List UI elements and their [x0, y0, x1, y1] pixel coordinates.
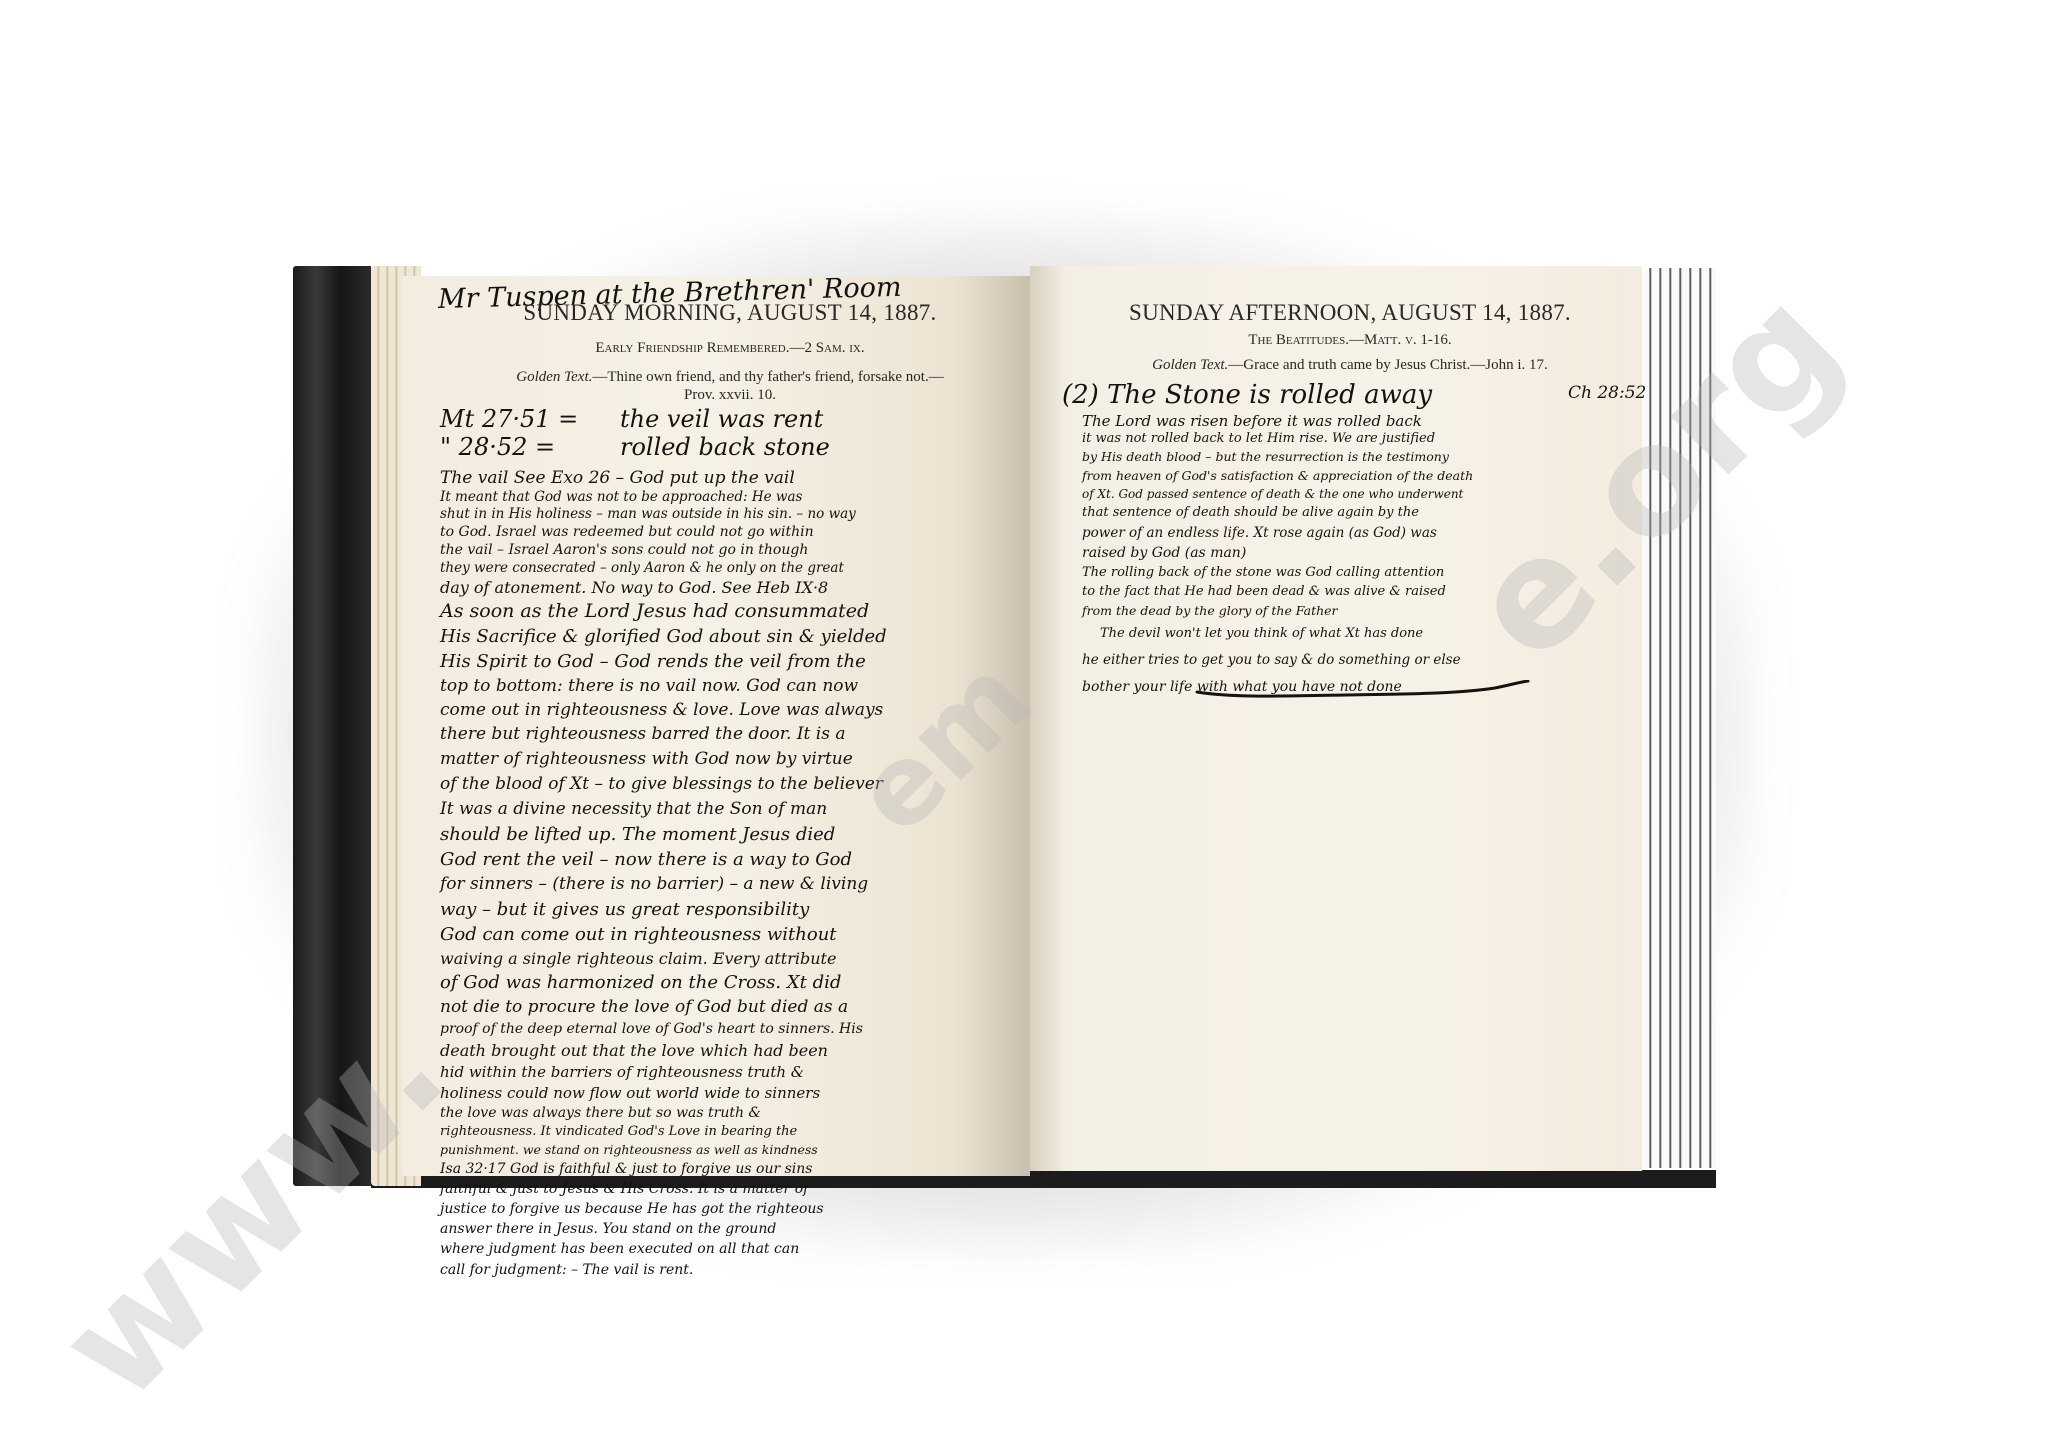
note-line: death brought out that the love which ha…: [440, 1040, 1020, 1062]
left-references: Mt 27·51 =the veil was rent " 28·52 =rol…: [440, 405, 830, 461]
note-line: of God was harmonized on the Cross. Xt d…: [440, 970, 1020, 995]
reference-row: " 28·52 =rolled back stone: [440, 433, 830, 461]
left-date-heading: SUNDAY MORNING, AUGUST 14, 1887.: [440, 300, 1020, 326]
note-line: His Sacrifice & glorified God about sin …: [440, 624, 1020, 649]
left-lesson-title: Early Friendship Remembered.—2 Sam. ix.: [440, 340, 1020, 357]
left-golden-text-ref: Prov. xxvii. 10.: [684, 387, 776, 403]
note-line: As soon as the Lord Jesus had consummate…: [440, 599, 1020, 624]
note-line: answer there in Jesus. You stand on the …: [440, 1219, 1020, 1239]
note-line: It meant that God was not to be approach…: [440, 489, 1020, 506]
note-line: holiness could now flow out world wide t…: [440, 1083, 1020, 1104]
right-handwritten-title: (2) The Stone is rolled away: [1062, 380, 1432, 410]
left-golden-text-body: —Thine own friend, and thy father's frie…: [592, 369, 943, 385]
left-notes: The vail See Exo 26 – God put up the vai…: [440, 468, 1020, 1281]
reference-code: Mt 27·51 =: [440, 405, 620, 433]
right-golden-text: Golden Text.—Grace and truth came by Jes…: [1060, 356, 1640, 374]
note-line: Isa 32·17 God is faithful & just to forg…: [440, 1159, 1020, 1179]
note-line: proof of the deep eternal love of God's …: [440, 1019, 1020, 1040]
note-line: God can come out in righteousness withou…: [440, 922, 1020, 947]
note-line: The vail See Exo 26 – God put up the vai…: [440, 468, 1020, 489]
note-line: where judgment has been executed on all …: [440, 1239, 1020, 1259]
right-golden-text-label: Golden Text.: [1152, 357, 1228, 373]
note-line: The Lord was risen before it was rolled …: [1082, 412, 1642, 430]
note-line: it was not rolled back to let Him rise. …: [1082, 430, 1642, 448]
note-line: the vail – Israel Aaron's sons could not…: [440, 541, 1020, 559]
note-line: justice to forgive us because He has got…: [440, 1199, 1020, 1219]
note-line: call for judgment: – The vail is rent.: [440, 1259, 1020, 1281]
right-date-heading: SUNDAY AFTERNOON, AUGUST 14, 1887.: [1060, 300, 1640, 326]
reference-row: Mt 27·51 =the veil was rent: [440, 405, 830, 433]
note-line: punishment. we stand on righteousness as…: [440, 1141, 1020, 1159]
note-line: righteousness. It vindicated God's Love …: [440, 1123, 1020, 1141]
note-line: not die to procure the love of God but d…: [440, 995, 1020, 1019]
note-line: God rent the veil – now there is a way t…: [440, 847, 1020, 872]
reference-note: rolled back stone: [620, 433, 830, 461]
handwritten-end-stroke: [1195, 680, 1530, 700]
note-line: faithful & just to Jesus & His Cross. It…: [440, 1179, 1020, 1199]
note-line: they were consecrated – only Aaron & he …: [440, 559, 1020, 577]
note-line: to God. Israel was redeemed but could no…: [440, 523, 1020, 541]
note-line: for sinners – (there is no barrier) – a …: [440, 872, 1020, 897]
left-golden-text: Golden Text.—Thine own friend, and thy f…: [440, 368, 1020, 404]
note-line: way – but it gives us great responsibili…: [440, 897, 1020, 922]
note-line: waiving a single righteous claim. Every …: [440, 947, 1020, 970]
note-line: shut in in His holiness – man was outsid…: [440, 506, 1020, 523]
left-golden-text-label: Golden Text.: [516, 369, 592, 385]
note-line: hid within the barriers of righteousness…: [440, 1062, 1020, 1083]
reference-code: " 28·52 =: [440, 433, 620, 461]
note-line: day of atonement. No way to God. See Heb…: [440, 577, 1020, 599]
right-lesson-title: The Beatitudes.—Matt. v. 1-16.: [1060, 332, 1640, 349]
reference-note: the veil was rent: [620, 405, 823, 433]
note-line: the love was always there but so was tru…: [440, 1104, 1020, 1123]
right-golden-text-body: —Grace and truth came by Jesus Christ.—J…: [1228, 357, 1548, 373]
